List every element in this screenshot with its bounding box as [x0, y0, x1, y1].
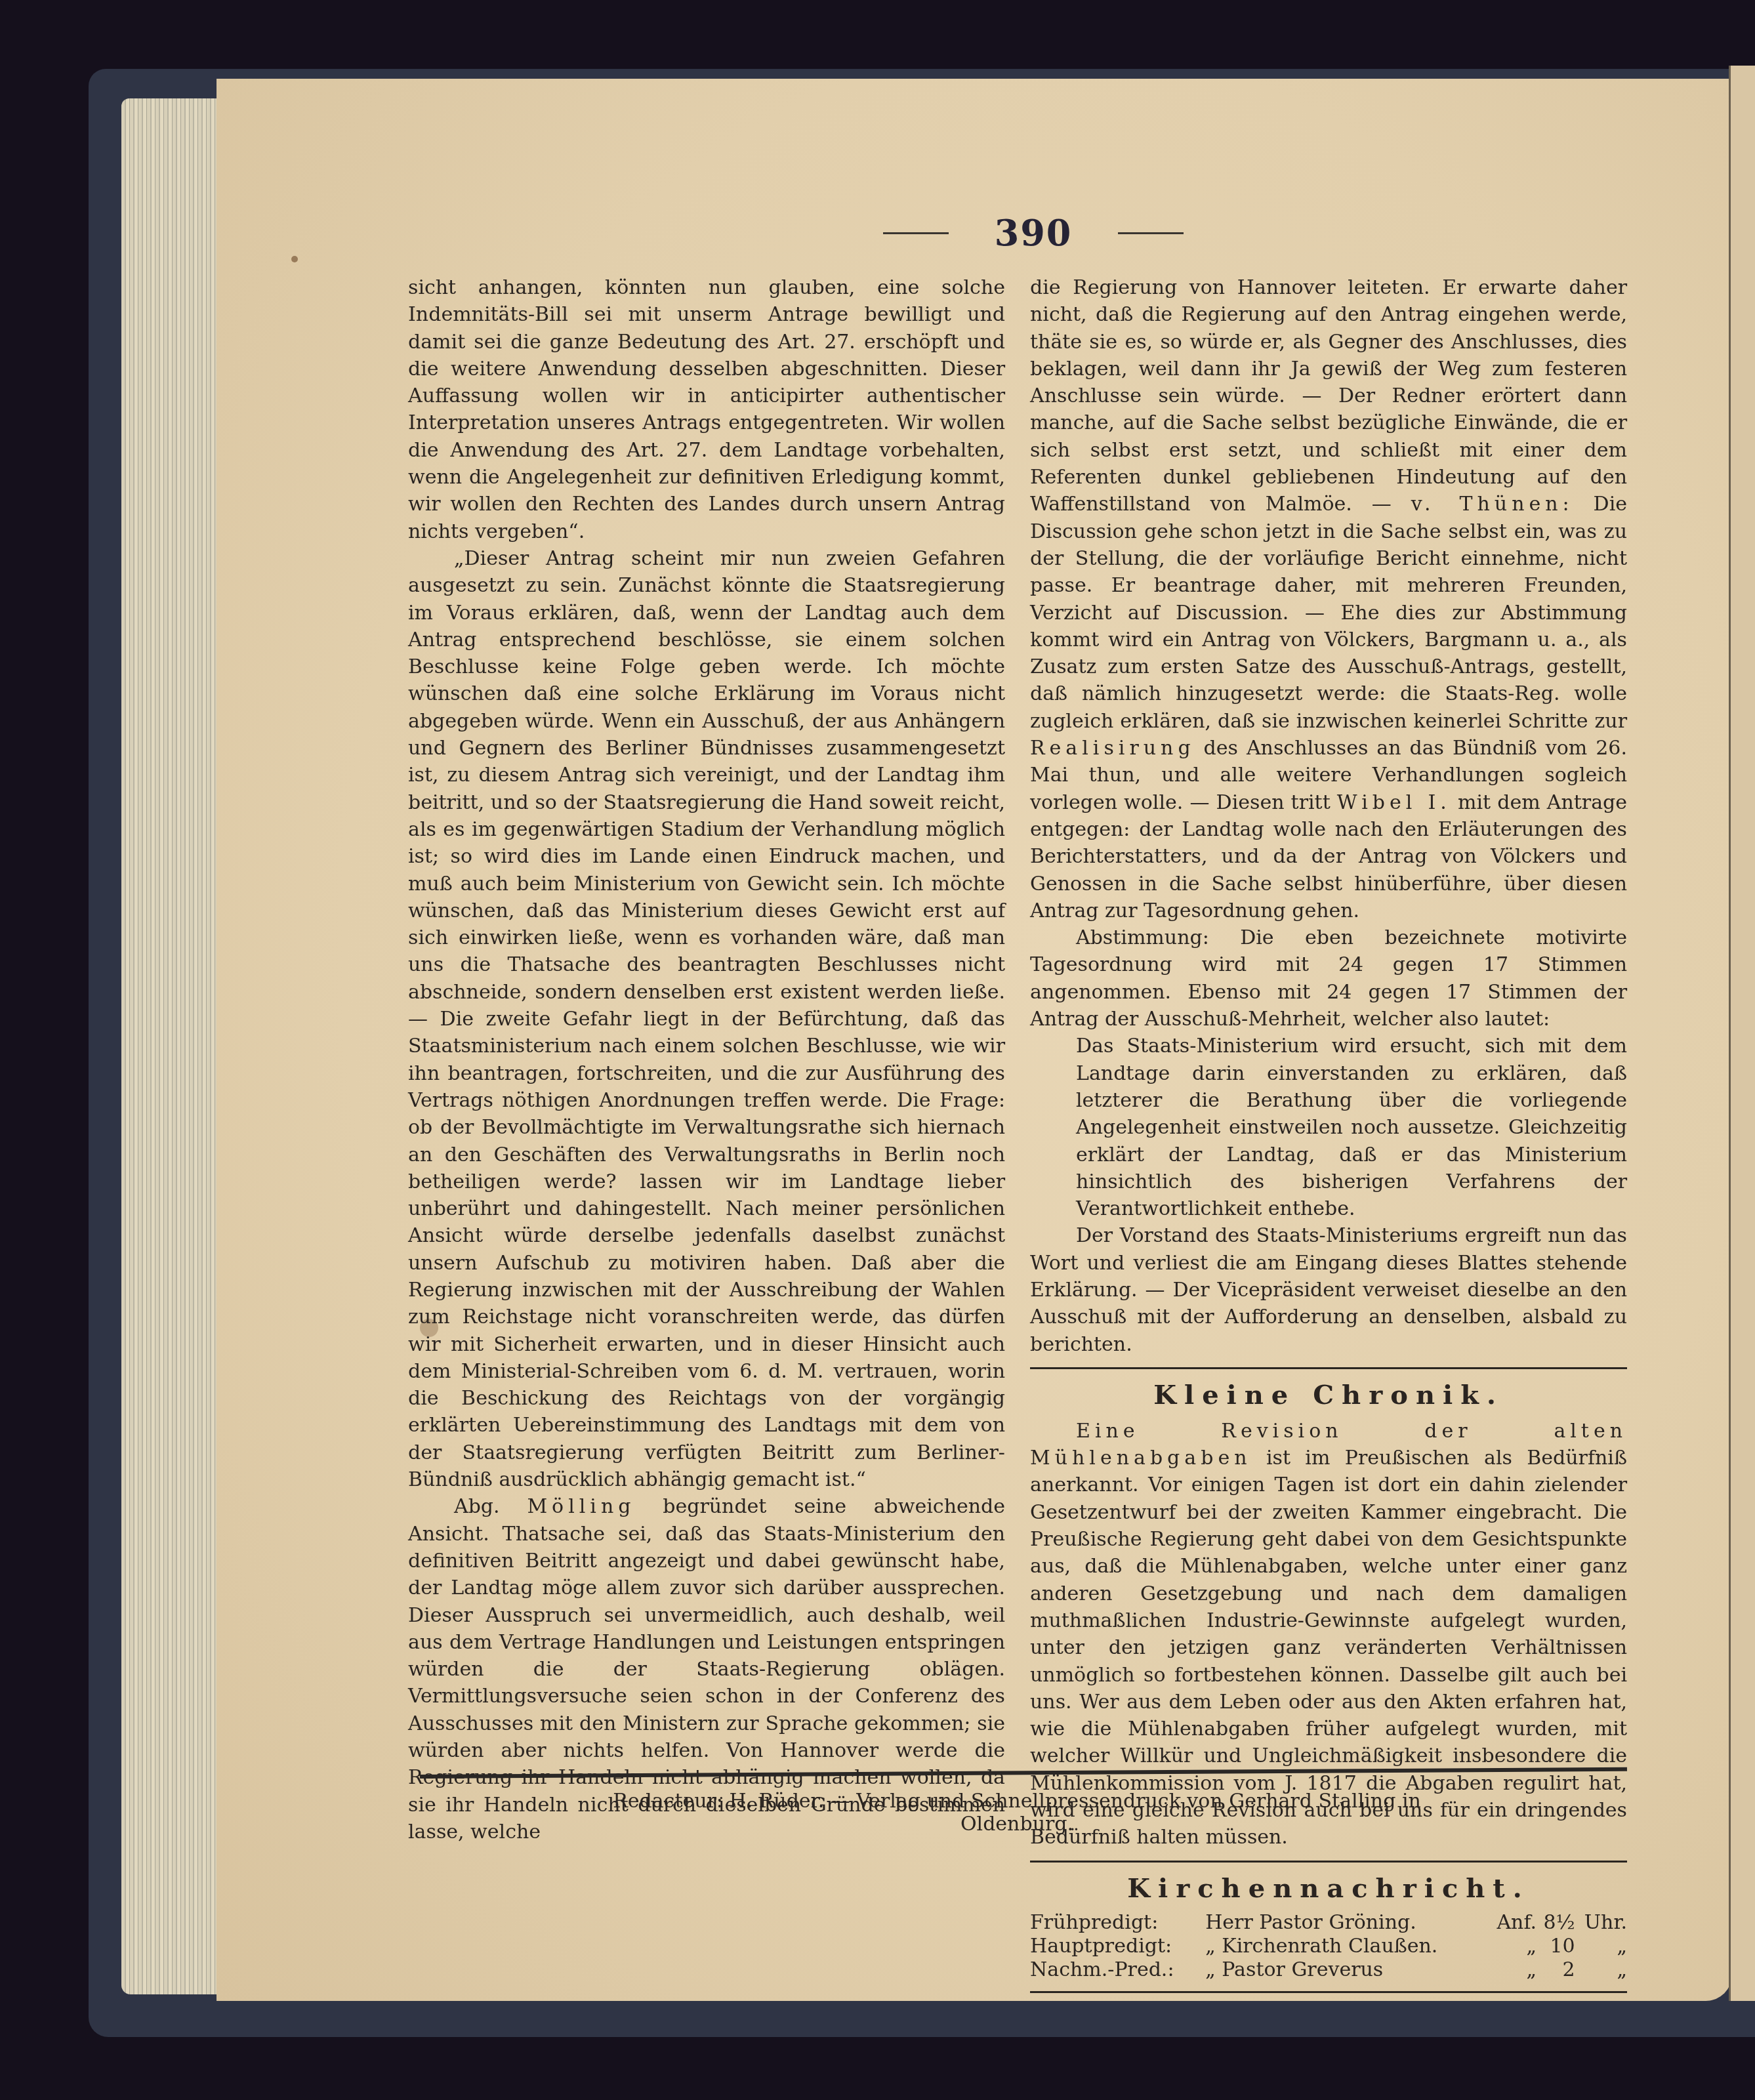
- church-schedule-table: Frühpredigt: Herr Pastor Gröning. Anf. 8…: [1030, 1911, 1627, 1982]
- service-time: 10: [1537, 1935, 1575, 1958]
- time-unit: „: [1575, 1958, 1627, 1982]
- section-title-kirchennachricht: Kirchennachricht.: [1030, 1869, 1627, 1908]
- preacher: Herr Pastor Gröning.: [1205, 1911, 1488, 1935]
- speaker-wibel: Wibel I.: [1337, 791, 1451, 814]
- time-unit: „: [1575, 1935, 1627, 1958]
- emphasis-realisirung: Realisirung: [1030, 737, 1195, 760]
- right-column: die Regierung von Hannover leiteten. Er …: [1030, 274, 1627, 2000]
- paragraph-closing: Der Vorstand des Staats-Ministeriums erg…: [1030, 1222, 1627, 1357]
- table-row: Hauptpredigt: „ Kirchenrath Claußen. „ 1…: [1030, 1935, 1627, 1958]
- header-rule-right: [1118, 232, 1184, 234]
- service-name: Hauptpredigt:: [1030, 1935, 1205, 1958]
- paragraph-vote: Abstimmung: Die eben bezeichnete motivir…: [1030, 924, 1627, 1033]
- page-header: 390: [853, 213, 1214, 253]
- ink-spot: [291, 256, 298, 262]
- time-prefix: Anf.: [1488, 1911, 1537, 1935]
- service-time: 2: [1537, 1958, 1575, 1982]
- table-row: Frühpredigt: Herr Pastor Gröning. Anf. 8…: [1030, 1911, 1627, 1935]
- paragraph-hannover: die Regierung von Hannover leiteten. Er …: [1030, 274, 1627, 924]
- paragraph-two-dangers: „Dieser Antrag scheint mir nun zweien Ge…: [408, 545, 1005, 1493]
- moelling-prefix: Abg.: [454, 1495, 500, 1518]
- time-prefix: „: [1488, 1958, 1537, 1982]
- page-gutter: [1729, 66, 1755, 2001]
- header-rule-left: [883, 232, 949, 234]
- continuation-text: die Regierung von Hannover leiteten. Er …: [1030, 276, 1627, 516]
- time-prefix: „: [1488, 1935, 1537, 1958]
- stacked-page-edges: [121, 98, 220, 1994]
- service-time: 8½: [1537, 1911, 1575, 1935]
- thuenen-text: Die Discussion gehe schon jetzt in die S…: [1030, 493, 1627, 732]
- preacher: „ Kirchenrath Claußen.: [1205, 1935, 1488, 1958]
- section-divider: [1030, 1367, 1627, 1369]
- section-title-kleine-chronik: Kleine Chronik.: [1030, 1376, 1627, 1415]
- paragraph-chronik: Eine Revision der alten Mühlenabgaben is…: [1030, 1418, 1627, 1851]
- resolution-text: Das Staats-Ministerium wird ersucht, sic…: [1030, 1033, 1627, 1222]
- paragraph-indemnity: sicht anhangen, könnten nun glauben, ein…: [408, 274, 1005, 545]
- section-divider: [1030, 1861, 1627, 1863]
- chronik-text: ist im Preußischen als Bedürfniß anerkan…: [1030, 1447, 1627, 1849]
- time-unit: Uhr.: [1575, 1911, 1627, 1935]
- service-name: Nachm.-Pred.:: [1030, 1958, 1205, 1982]
- page-number: 390: [995, 212, 1073, 254]
- left-column: sicht anhangen, könnten nun glauben, ein…: [408, 274, 1005, 1845]
- service-name: Frühpredigt:: [1030, 1911, 1205, 1935]
- preacher: „ Pastor Greverus: [1205, 1958, 1488, 1982]
- speaker-moelling: Mölling: [527, 1495, 635, 1518]
- speaker-thuenen: v. Thünen:: [1411, 493, 1574, 516]
- imprint-footer: Redacteur: H. Rüder. — Verlag und Schnel…: [558, 1790, 1476, 1836]
- section-divider: [1030, 1991, 1627, 1993]
- table-row: Nachm.-Pred.: „ Pastor Greverus „ 2 „: [1030, 1958, 1627, 1982]
